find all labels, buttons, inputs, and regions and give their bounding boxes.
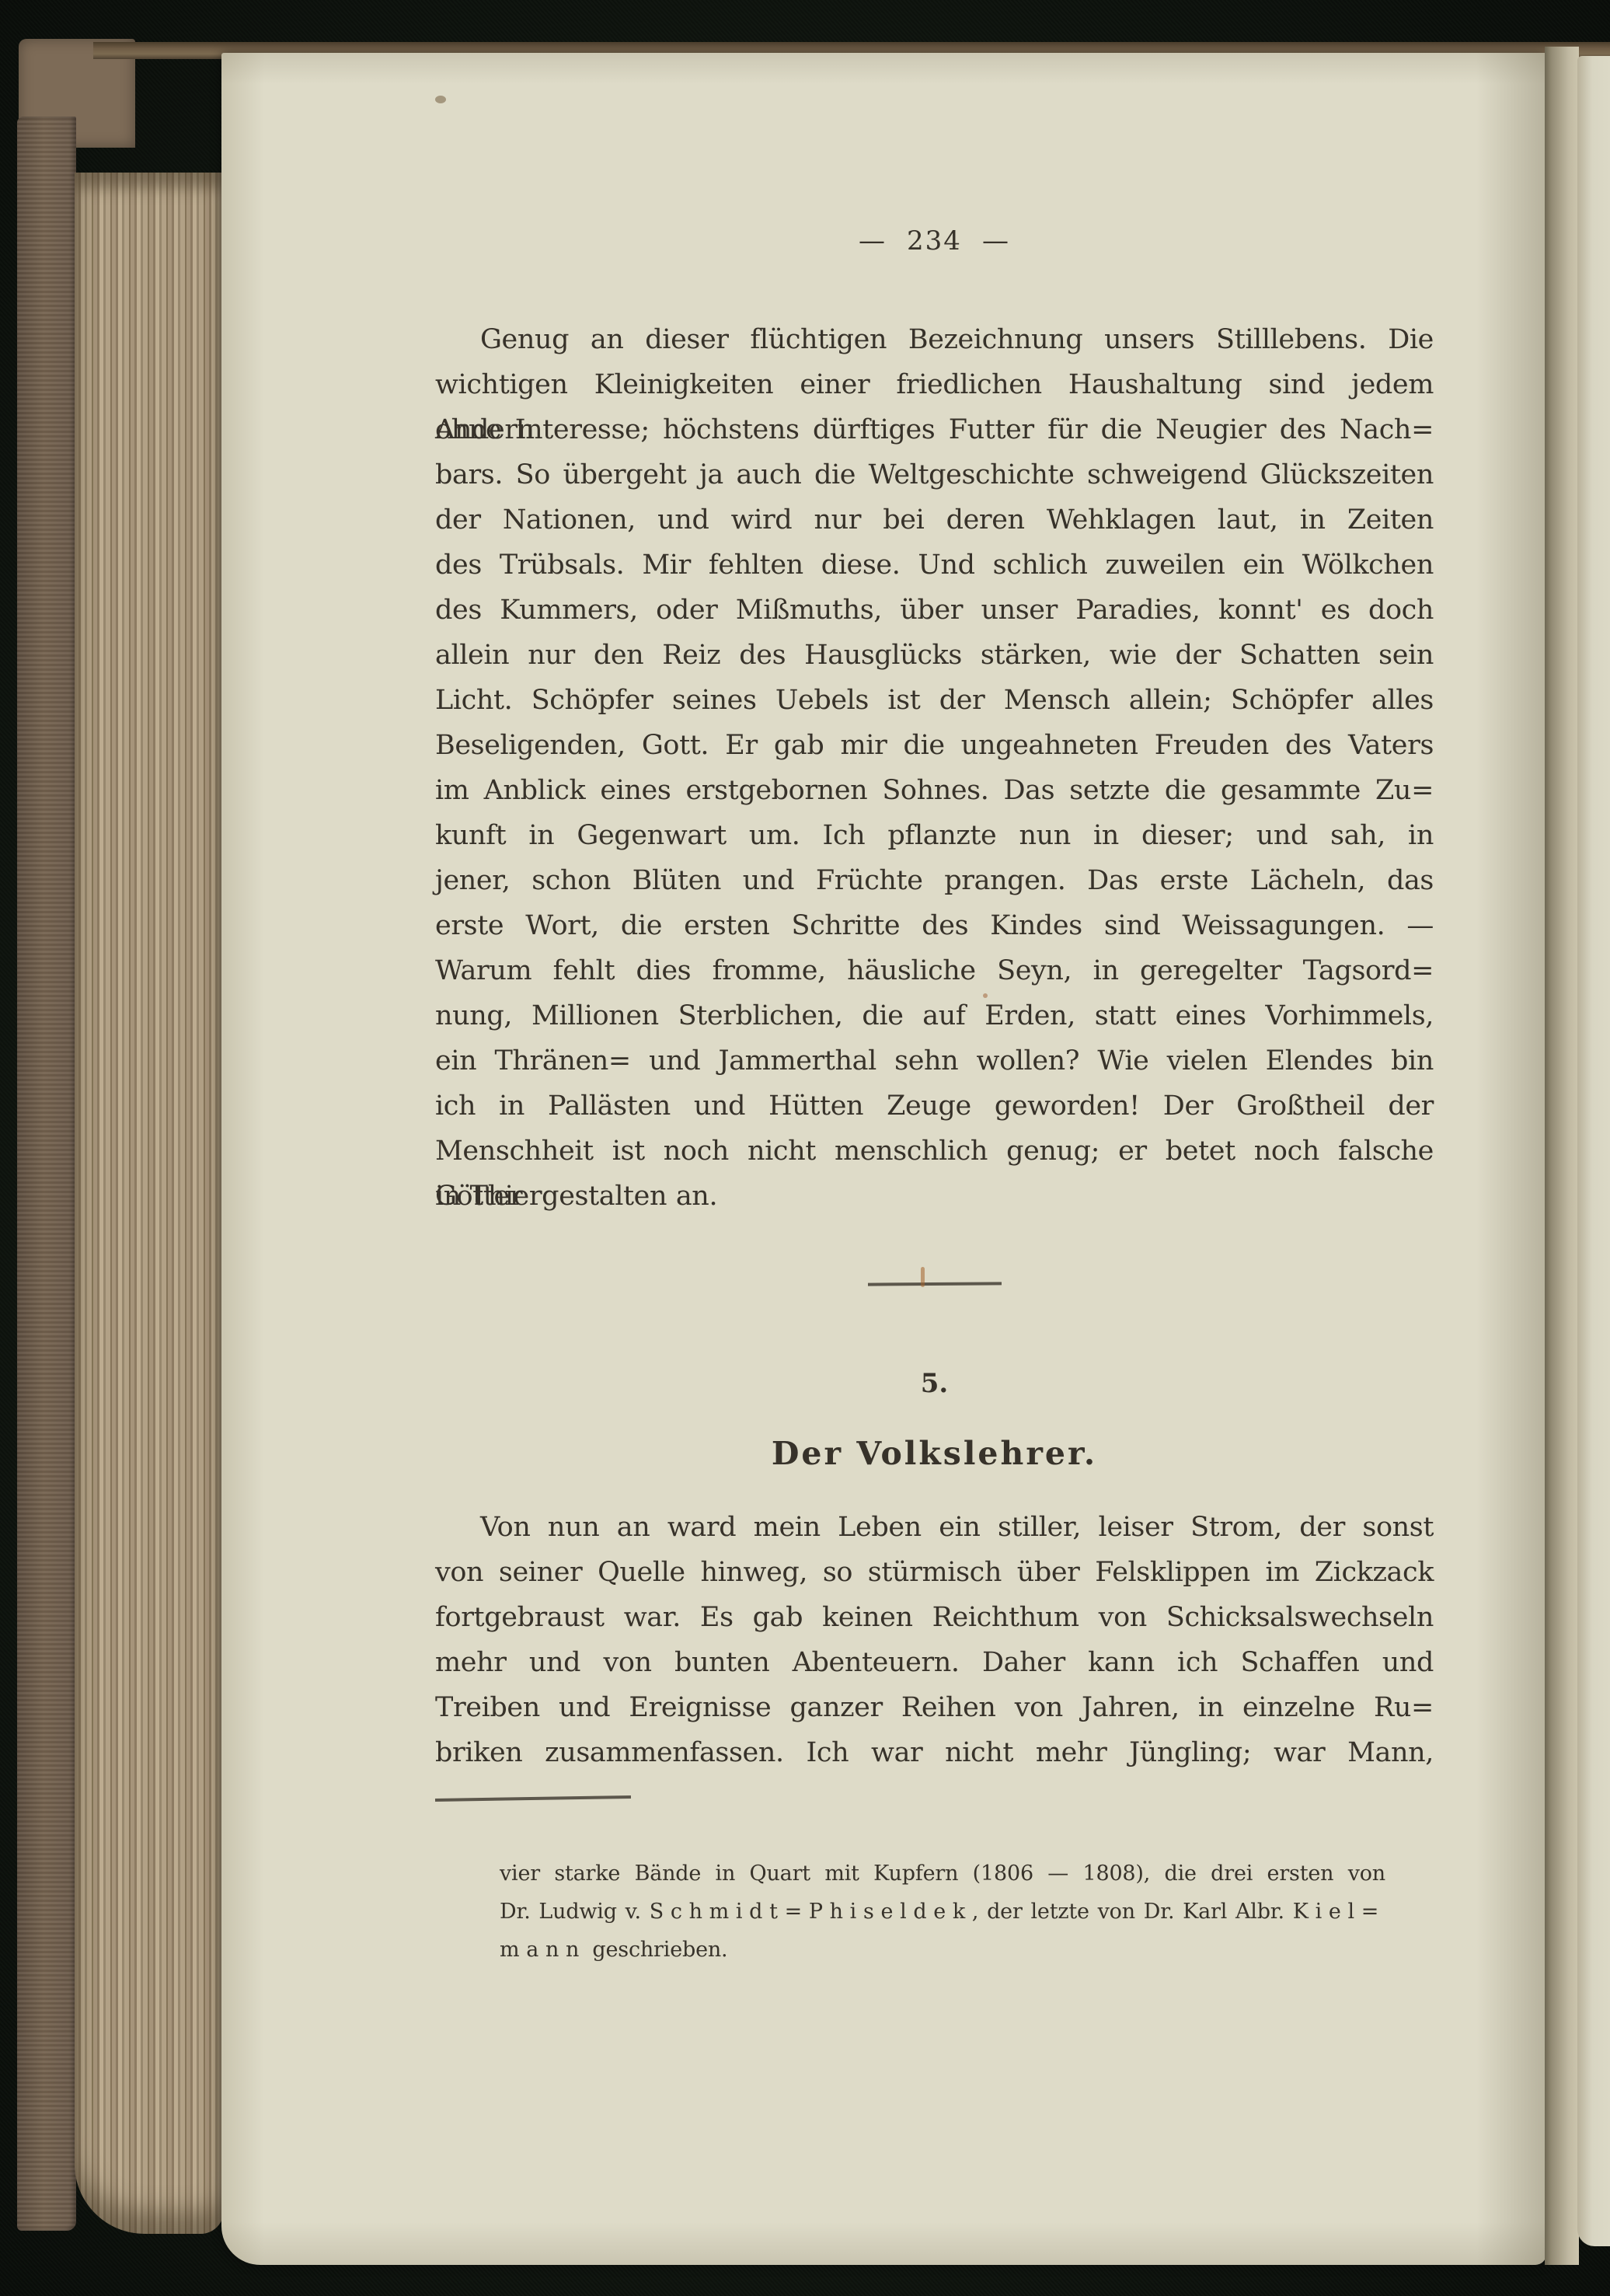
folio-number: 234 [907, 225, 962, 256]
page-stack-fore-edge [75, 173, 224, 2234]
paper-speck [983, 993, 988, 998]
paper-speck [435, 96, 446, 103]
folio-left-dash: — [838, 225, 907, 256]
book-page: —234— Genug an dieser flüchtigen Bezeich… [221, 53, 1546, 2265]
text-line: allein nur den Reiz des Hausglücks stärk… [435, 633, 1434, 678]
text-line: Menschheit ist noch nicht menschlich gen… [435, 1129, 1434, 1174]
footnote-text: geschrieben. [586, 1938, 727, 1962]
paper-speck [921, 1267, 925, 1287]
text-line: in Thiergestalten an. [435, 1174, 1434, 1219]
text-line: des Kummers, oder Mißmuths, über unser P… [435, 588, 1434, 633]
footnote-text: Dr. Ludwig v. [500, 1900, 650, 1924]
footnote-line: vier starke Bände in Quart mit Kupfern (… [500, 1855, 1385, 1893]
folio-right-dash: — [962, 225, 1030, 256]
text-line: mehr und von bunten Abenteuern. Daher ka… [435, 1640, 1434, 1685]
book-scan: —234— Genug an dieser flüchtigen Bezeich… [0, 0, 1610, 2296]
footnote-author-name: Schmidt=Phiseldek [650, 1900, 972, 1924]
footnote-author-name: mann [500, 1938, 586, 1962]
text-line: Treiben und Ereignisse ganzer Reihen von… [435, 1685, 1434, 1730]
text-line: nung, Millionen Sterblichen, die auf Erd… [435, 993, 1434, 1038]
page-number: —234— [435, 225, 1434, 256]
text-line: des Trübsals. Mir fehlten diese. Und sch… [435, 543, 1434, 588]
footnote-divider-rule [435, 1795, 631, 1802]
text-line: ein Thränen= und Jammerthal sehn wollen?… [435, 1038, 1434, 1083]
text-line: briken zusammenfassen. Ich war nicht meh… [435, 1730, 1434, 1775]
footnote: vier starke Bände in Quart mit Kupfern (… [500, 1855, 1385, 1969]
text-line: Von nun an ward mein Leben ein stiller, … [435, 1505, 1434, 1550]
page-gutter-shadow [1545, 47, 1579, 2265]
text-line: Licht. Schöpfer seines Uebels ist der Me… [435, 678, 1434, 723]
text-line: wichtigen Kleinigkeiten einer friedliche… [435, 362, 1434, 407]
text-line: jener, schon Blüten und Früchte prangen.… [435, 858, 1434, 903]
text-line: Genug an dieser flüchtigen Bezeichnung u… [435, 317, 1434, 362]
text-line: ich in Pallästen und Hütten Zeuge geword… [435, 1083, 1434, 1129]
book-cover-edge [17, 117, 76, 2231]
text-line: kunft in Gegenwart um. Ich pflanzte nun … [435, 813, 1434, 858]
text-line: Beseligenden, Gott. Er gab mir die ungea… [435, 723, 1434, 768]
text-line: ohne Interesse; höchstens dürftiges Futt… [435, 407, 1434, 452]
section-title: Der Volkslehrer. [435, 1435, 1434, 1472]
body-paragraph-1: Genug an dieser flüchtigen Bezeichnung u… [435, 317, 1434, 1219]
text-line: erste Wort, die ersten Schritte des Kind… [435, 903, 1434, 948]
text-line: der Nationen, und wird nur bei deren Weh… [435, 497, 1434, 543]
text-line: von seiner Quelle hinweg, so stürmisch ü… [435, 1550, 1434, 1595]
footnote-text: , der letzte von Dr. Karl Albr. [972, 1900, 1293, 1924]
footnote-line: mann geschrieben. [500, 1931, 1385, 1969]
text-line: Warum fehlt dies fromme, häusliche Seyn,… [435, 948, 1434, 993]
section-divider-rule [868, 1282, 1002, 1286]
body-paragraph-2: Von nun an ward mein Leben ein stiller, … [435, 1505, 1434, 1775]
text-line: im Anblick eines erstgebornen Sohnes. Da… [435, 768, 1434, 813]
text-line: bars. So übergeht ja auch die Weltgeschi… [435, 452, 1434, 497]
facing-page-edge [1577, 56, 1610, 2246]
section-number: 5. [435, 1368, 1434, 1399]
footnote-line: Dr. Ludwig v. Schmidt=Phiseldek, der let… [500, 1893, 1385, 1931]
footnote-author-name: Kiel= [1293, 1900, 1385, 1924]
text-line: fortgebraust war. Es gab keinen Reichthu… [435, 1595, 1434, 1640]
